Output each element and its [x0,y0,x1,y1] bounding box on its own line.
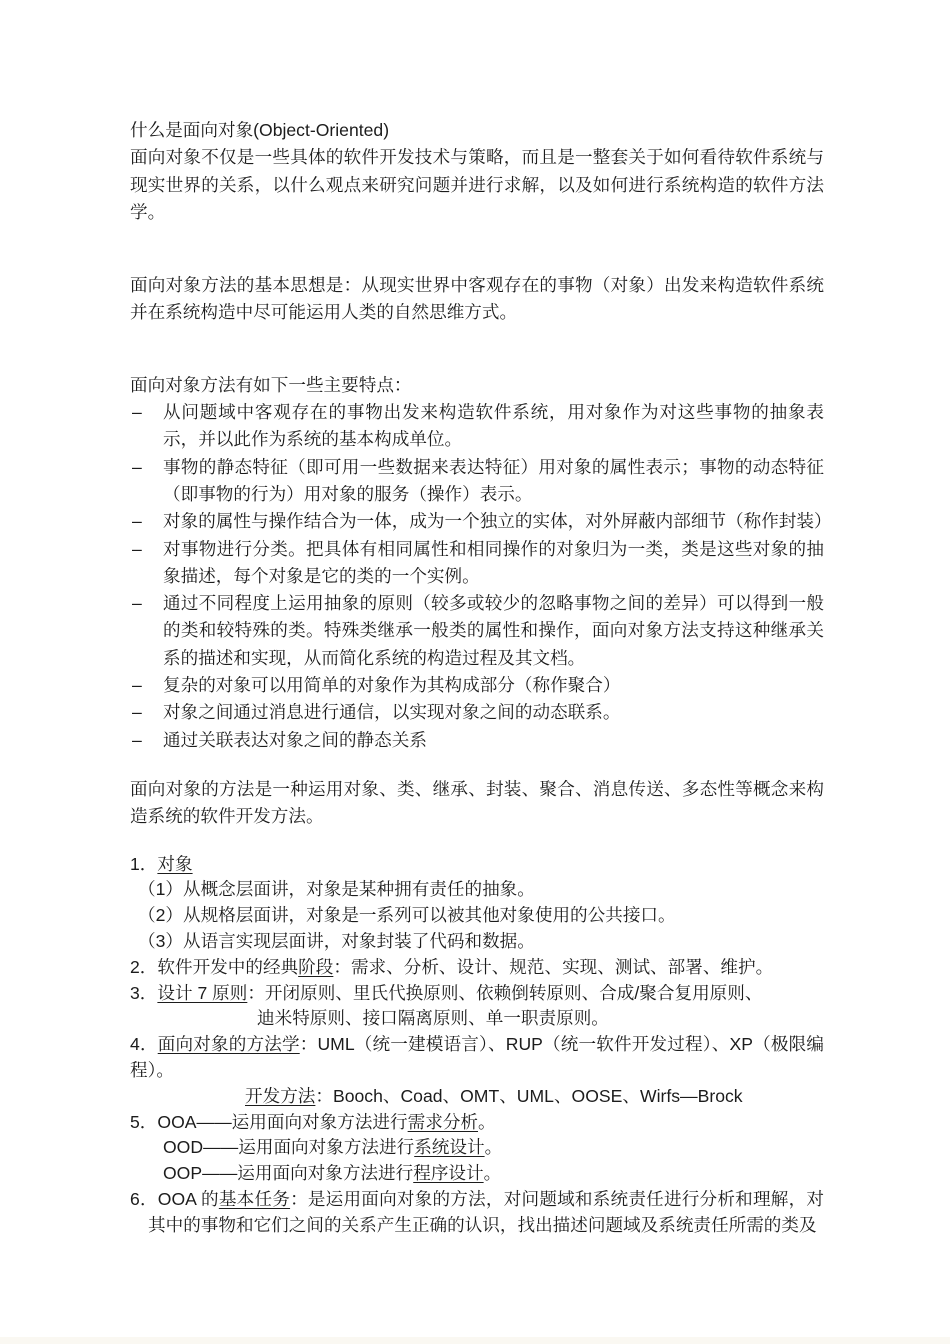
bullet-item: –对象的属性与操作结合为一体，成为一个独立的实体，对外屏蔽内部细节（称作封装） [130,508,824,535]
text-run: 对象之间通过消息进行通信，以实现对象之间的动态联系。 [163,702,620,722]
underlined-text: 开发方法 [245,1086,315,1106]
text-run: OOD——运用面向对象方法进行 [163,1137,414,1157]
bullet-dash: – [132,699,142,726]
text-run: （2）从规格层面讲，对象是一系列可以被其他对象使用的公共接口。 [138,905,676,925]
spacer [130,226,824,272]
numbered-item: 3．设计 7 原则：开闭原则、里氏代换原则、依赖倒转原则、合成/聚合复用原则、 [130,981,824,1007]
numbered-item: 6．OOA 的基本任务：是运用面向对象的方法，对问题域和系统责任进行分析和理解，… [130,1187,824,1239]
underlined-text: 程序设计 [413,1163,483,1183]
bullet-item: –对象之间通过消息进行通信，以实现对象之间的动态联系。 [130,699,824,726]
underlined-text: 阶段 [298,957,333,977]
numbered-item: 2．软件开发中的经典阶段：需求、分析、设计、规范、实现、测试、部署、维护。 [130,955,824,981]
underlined-text: 设计 7 原则 [157,983,247,1003]
text-run: 复杂的对象可以用简单的对象作为其构成部分（称作聚合） [163,675,620,695]
numbered-item: 1．对象 [130,852,824,878]
sub-item: （3）从语言实现层面讲，对象封装了代码和数据。 [130,929,824,955]
bullet-dash: – [132,508,142,535]
bullet-dash: – [132,590,142,617]
text-run: 1． [130,854,157,874]
underlined-text: 需求分析 [408,1112,478,1132]
bullet-dash: – [132,454,142,481]
text-run: 对象的属性与操作结合为一体，成为一个独立的实体，对外屏蔽内部细节（称作封装） [163,511,832,531]
bullet-dash: – [132,727,142,754]
text-run: 什么是面向对象(Object-Oriented) [130,120,389,140]
underlined-text: 对象 [157,854,192,874]
bullet-item: –事物的静态特征（即可用一些数据来表达特征）用对象的属性表示；事物的动态特征（即… [130,454,824,509]
bullet-dash: – [132,672,142,699]
text-run: 事物的静态特征（即可用一些数据来表达特征）用对象的属性表示；事物的动态特征（即事… [163,457,824,504]
paragraph: 面向对象的方法是一种运用对象、类、继承、封装、聚合、消息传送、多态性等概念来构造… [130,776,824,831]
continuation-line: OOD——运用面向对象方法进行系统设计。 [130,1135,824,1161]
sub-item: （2）从规格层面讲，对象是一系列可以被其他对象使用的公共接口。 [130,903,824,929]
text-run: 面向对象不仅是一些具体的软件开发技术与策略，而且是一整套关于如何看待软件系统与现… [130,147,824,222]
sub-item: （1）从概念层面讲，对象是某种拥有责任的抽象。 [130,877,824,903]
text-run: 通过关联表达对象之间的静态关系 [163,730,427,750]
text-run: 面向对象的方法是一种运用对象、类、继承、封装、聚合、消息传送、多态性等概念来构造… [130,779,824,826]
text-run: 。 [478,1112,496,1132]
text-run: 4． [130,1034,158,1054]
text-run: 3． [130,983,157,1003]
numbered-item: 5．OOA——运用面向对象方法进行需求分析。 [130,1110,824,1136]
numbered-item: 4．面向对象的方法学：UML（统一建模语言）、RUP（统一软件开发过程）、XP（… [130,1032,824,1084]
text-run: 通过不同程度上运用抽象的原则（较多或较少的忽略事物之间的差异）可以得到一般的类和… [163,593,824,668]
underlined-text: 系统设计 [414,1137,484,1157]
underlined-text: 基本任务 [219,1189,290,1209]
text-run: OOP——运用面向对象方法进行 [163,1163,413,1183]
text-run: 从问题域中客观存在的事物出发来构造软件系统，用对象作为对这些事物的抽象表示，并以… [163,402,824,449]
text-run: 5．OOA——运用面向对象方法进行 [130,1112,408,1132]
bullet-dash: – [132,399,142,426]
bullet-dash: – [132,536,142,563]
underlined-text: 面向对象的方法学 [158,1034,300,1054]
document-page: 什么是面向对象(Object-Oriented)面向对象不仅是一些具体的软件开发… [0,0,950,1344]
document-content: 什么是面向对象(Object-Oriented)面向对象不仅是一些具体的软件开发… [130,117,824,1238]
text-run: 面向对象方法的基本思想是：从现实世界中客观存在的事物（对象）出发来构造软件系统并… [130,275,824,322]
spacer [130,754,824,776]
paragraph: 面向对象不仅是一些具体的软件开发技术与策略，而且是一整套关于如何看待软件系统与现… [130,144,824,226]
spacer [130,831,824,852]
text-run: 。 [485,1137,503,1157]
text-run: 面向对象方法有如下一些主要特点： [130,375,412,395]
text-run: 2．软件开发中的经典 [130,957,298,977]
features-heading: 面向对象方法有如下一些主要特点： [130,372,824,399]
bullet-item: –对事物进行分类。把具体有相同属性和相同操作的对象归为一类，类是这些对象的抽象描… [130,536,824,591]
text-run: ：开闭原则、里氏代换原则、依赖倒转原则、合成/聚合复用原则、 [247,983,762,1003]
bullet-item: –通过关联表达对象之间的静态关系 [130,727,824,754]
text-run: 迪米特原则、接口隔离原则、单一职责原则。 [257,1008,609,1028]
continuation-line: OOP——运用面向对象方法进行程序设计。 [130,1161,824,1187]
text-run: （1）从概念层面讲，对象是某种拥有责任的抽象。 [138,879,535,899]
continuation-line: 迪米特原则、接口隔离原则、单一职责原则。 [130,1006,824,1032]
text-run: 。 [484,1163,502,1183]
text-run: ：需求、分析、设计、规范、实现、测试、部署、维护。 [333,957,773,977]
text-run: 对事物进行分类。把具体有相同属性和相同操作的对象归为一类，类是这些对象的抽象描述… [163,539,824,586]
bullet-item: –从问题域中客观存在的事物出发来构造软件系统，用对象作为对这些事物的抽象表示，并… [130,399,824,454]
text-run: ：Booch、Coad、OMT、UML、OOSE、Wirfs—Brock [315,1086,742,1106]
paragraph: 面向对象方法的基本思想是：从现实世界中客观存在的事物（对象）出发来构造软件系统并… [130,272,824,327]
bullet-item: –复杂的对象可以用简单的对象作为其构成部分（称作聚合） [130,672,824,699]
spacer [130,327,824,372]
continuation-line: 开发方法：Booch、Coad、OMT、UML、OOSE、Wirfs—Brock [130,1084,824,1110]
doc-title: 什么是面向对象(Object-Oriented) [130,117,824,144]
page-bottom-strip [0,1337,950,1344]
text-run: （3）从语言实现层面讲，对象封装了代码和数据。 [138,931,535,951]
bullet-item: –通过不同程度上运用抽象的原则（较多或较少的忽略事物之间的差异）可以得到一般的类… [130,590,824,672]
text-run: 6．OOA 的 [130,1189,219,1209]
